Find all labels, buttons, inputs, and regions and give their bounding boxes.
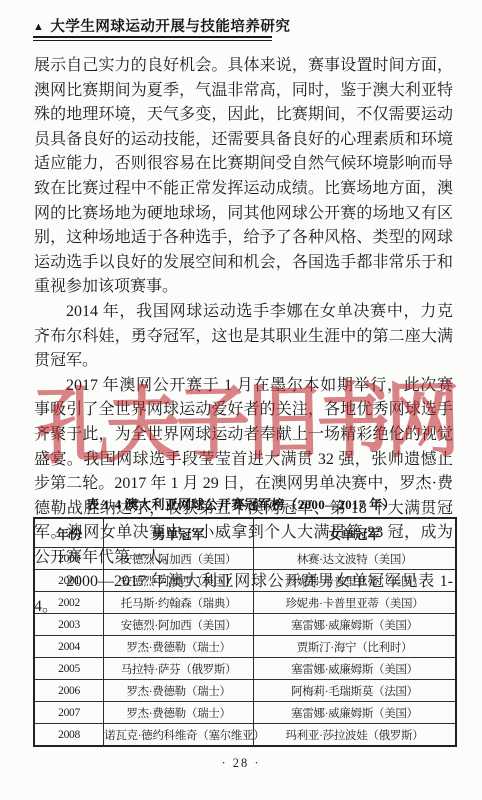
table-row: 2001 安德烈·阿加西（美国） 珍妮弗·卡普里亚蒂（美国） <box>34 570 456 592</box>
triangle-icon: ▲ <box>33 21 44 33</box>
body-paragraph-2014: 2014 年，我国网球运动选手李娜在女单决赛中，力克齐布尔科娃，勇夺冠军，这也是… <box>34 300 453 374</box>
champions-table-wrap: 年份 男单冠军 女单冠军 2000 安德烈·阿加西（美国） 林赛·达文波特（美国… <box>33 517 457 747</box>
table-row: 2005 马拉特·萨芬（俄罗斯） 塞雷娜·威廉姆斯（美国） <box>34 658 456 680</box>
table-caption: 表 1-4 澳大利亚网球公开赛冠军榜（2000—2017 年） <box>0 494 482 513</box>
year-cell: 2002 <box>34 592 104 614</box>
womens-champion-cell: 阿梅莉·毛瑞斯莫（法国） <box>253 680 456 702</box>
mens-champion-cell: 马拉特·萨芬（俄罗斯） <box>104 658 254 680</box>
column-header-year: 年份 <box>34 518 104 548</box>
mens-champion-cell: 安德烈·阿加西（美国） <box>104 570 254 592</box>
womens-champion-cell: 林赛·达文波特（美国） <box>253 548 456 570</box>
womens-champion-cell: 玛利亚·莎拉波娃（俄罗斯） <box>253 724 456 747</box>
mens-champion-cell: 罗杰·费德勒（瑞士） <box>104 702 254 724</box>
table-row: 2006 罗杰·费德勒（瑞士） 阿梅莉·毛瑞斯莫（法国） <box>34 680 456 702</box>
mens-champion-cell: 安德烈·阿加西（美国） <box>104 548 254 570</box>
year-cell: 2007 <box>34 702 104 724</box>
header-double-rule <box>33 36 272 41</box>
running-header: ▲大学生网球运动开展与技能培养研究 <box>33 15 290 36</box>
table-row: 2003 安德烈·阿加西（美国） 塞雷娜·威廉姆斯（美国） <box>34 614 456 636</box>
champions-table: 年份 男单冠军 女单冠军 2000 安德烈·阿加西（美国） 林赛·达文波特（美国… <box>33 517 457 747</box>
mens-champion-cell: 诺瓦克·德约科维奇（塞尔维亚） <box>104 724 254 747</box>
womens-champion-cell: 贾斯汀·海宁（比利时） <box>253 636 456 658</box>
mens-champion-cell: 罗杰·费德勒（瑞士） <box>104 636 254 658</box>
womens-champion-cell: 塞雷娜·威廉姆斯（美国） <box>253 614 456 636</box>
year-cell: 2004 <box>34 636 104 658</box>
book-page: ▲大学生网球运动开展与技能培养研究 展示自己实力的良好机会。具体来说，赛事设置时… <box>0 0 482 800</box>
table-row: 2002 托马斯·约翰森（瑞典） 珍妮弗·卡普里亚蒂（美国） <box>34 592 456 614</box>
womens-champion-cell: 珍妮弗·卡普里亚蒂（美国） <box>253 592 456 614</box>
page-number: · 28 · <box>0 756 482 771</box>
table-row: 2004 罗杰·费德勒（瑞士） 贾斯汀·海宁（比利时） <box>34 636 456 658</box>
running-header-title: 大学生网球运动开展与技能培养研究 <box>50 19 290 35</box>
table-row: 2007 罗杰·费德勒（瑞士） 塞雷娜·威廉姆斯（美国） <box>34 702 456 724</box>
year-cell: 2003 <box>34 614 104 636</box>
table-row: 2008 诺瓦克·德约科维奇（塞尔维亚） 玛利亚·莎拉波娃（俄罗斯） <box>34 724 456 747</box>
womens-champion-cell: 珍妮弗·卡普里亚蒂（美国） <box>253 570 456 592</box>
year-cell: 2001 <box>34 570 104 592</box>
womens-champion-cell: 塞雷娜·威廉姆斯（美国） <box>253 658 456 680</box>
year-cell: 2006 <box>34 680 104 702</box>
column-header-mens-champion: 男单冠军 <box>104 518 254 548</box>
mens-champion-cell: 托马斯·约翰森（瑞典） <box>104 592 254 614</box>
year-cell: 2000 <box>34 548 104 570</box>
column-header-womens-champion: 女单冠军 <box>253 518 456 548</box>
year-cell: 2008 <box>34 724 104 747</box>
year-cell: 2005 <box>34 658 104 680</box>
womens-champion-cell: 塞雷娜·威廉姆斯（美国） <box>253 702 456 724</box>
mens-champion-cell: 罗杰·费德勒（瑞士） <box>104 680 254 702</box>
mens-champion-cell: 安德烈·阿加西（美国） <box>104 614 254 636</box>
table-header-row: 年份 男单冠军 女单冠军 <box>34 518 456 548</box>
body-paragraph-continued: 展示自己实力的良好机会。具体来说，赛事设置时间方面，澳网比赛期间为夏季，气温非常… <box>34 54 453 300</box>
table-row: 2000 安德烈·阿加西（美国） 林赛·达文波特（美国） <box>34 548 456 570</box>
